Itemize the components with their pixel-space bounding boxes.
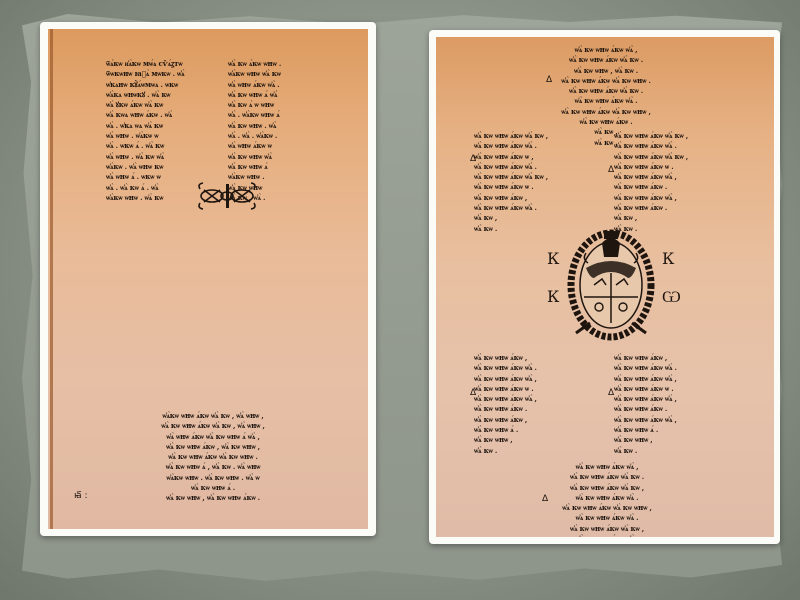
text-line: ѡ҆ѧ̀ кѡ ѡнѡ ѧ́кѡ ѡ҆ѧ̀ , [614,172,750,182]
delta-marker: Δ [546,75,552,85]
right-page-bottom-block: ѡ҆ѧ̀ кѡ ѡнѡ ѧ́кѡ ѡ҆ѧ̀ ,ѡ҆ѧ̀ кѡ ѡнѡ ѧ́кѡ … [532,462,682,537]
right-page-middle-right: ѡ҆ѧ̀ кѡ ѡнѡ ѧ́кѡ ѡ҆ѧ̀ кѡ ,ѡ҆ѧ̀ кѡ ѡнѡ ѧ́… [614,131,750,234]
text-line: ѡ҆ѧ̀ кѡ ѡнѡ ѧ́кѡ ѡ҆ѧ̀ , [614,374,750,384]
text-line: ѡ҆ѧ̀ кѡ . [614,446,750,456]
delta-marker: Δ [542,494,548,504]
delta-marker: Δ [608,165,614,175]
text-line: ѡ҆ѧ̀кѡ . ѡ҆ѧ̀ ѡнѡ кѡ [106,162,222,172]
text-line: ѡ҆ѧ̀ кѡ ѡнѡ , ѡ҆ѧ̀ кѡ ѡнѡ ѧ́кѡ . [88,493,338,503]
text-line: ѡ҆ѧ̀ кѡ ѡнѡ ѧ́кѡ , [474,415,602,425]
text-line: ѡ҆ѧ̀ кѡ ѡнѡ ѧ́кѡ ѡ҆ѧ̀ , [614,394,750,404]
text-line: ѡ҆ѧ̀ кѡ . [474,446,602,456]
delta-marker: Δ [608,388,614,398]
text-line: ѡ҆ѧ̀ кѡ ѧ́кѡ ѡнѡ . [228,59,344,69]
text-line: ѡ҆ѧ̀ кѡ ѡнѡ ѧ́кѡ ѡ . [474,182,602,192]
text-line: ѡ҆ѧ̀ кѡ ѡнѡ ѧ́кѡ ѡ҆ѧ̀ кѡ ѡнѡ . [516,76,696,86]
text-line: ѡ҆ѧ̀ . ѡкѡ ѧ́ . ѡ҆ѧ̀ кѡ [106,141,222,151]
left-page-bottom-block: ѡ҆ѧ̀кѡ ѡнѡ ѧ́кѡ ѡ҆ѧ̀ кѡ , ѡ҆ѧ̀ ѡнѡ ,ѡ҆ѧ̀… [88,411,338,504]
text-line: ѡ҆ѧ̀ кѡ ѡнѡ ѧ́ . [614,425,750,435]
text-line: ѡ҆ѧ̀ кѡ ѡнѡ ѧ́кѡ ѡ . [614,384,750,394]
text-line: ѡ҆ѧ̀ кѡ ѡнѡ . ѡ҆ѧ̀ [228,121,344,131]
text-line: ѡ҆ѧ̀ кѡ ѡнѡ ѧ́кѡ ѡ҆ѧ̀ , [532,462,682,472]
text-line: ѡ҆ѧ̀ кѡ ѡнѡ ѧ́ . [88,483,338,493]
emblem-letter: Ѡ [662,287,681,307]
text-line: ѡ҆ѧ̀ кѡ ѡнѡ ѧ́кѡ ѡ҆ѧ̀ кѡ . [516,55,696,65]
text-line: ѡ҆ѧ̀ . ѡ҆ѧ̀ . ѡ҆ѧ̀кѡ . [228,131,344,141]
text-line: ѿѧ́кѡ и҆ѧ̀кѡ мѡ́ѧ сѷѧ́ꙁтѡ [106,59,222,69]
text-line: ѡ҆ѧ̀ кѡ ѡнѡ ѧ́кѡ ѡ҆ѧ̀ , [474,394,602,404]
text-line: ѡ҆ѧ̀ кѡ ѡнѡ ѧ́ [228,162,344,172]
text-line: ѡ҆ѧ̀ кѡ ѡнѡ ѧ́кѡ ѡ҆ѧ̀ . [532,513,682,523]
text-line: ѡ҆ѧ̀ кѡ ѡнѡ ѧ́кѡ , ѡ҆ѧ̀ кѡ ѡнѡ , [88,442,338,452]
text-line: ѡ҆ѧ̀кѡ ѡнѡ . ѡ҆ѧ̀ кѡ ѡнѡ . ѡ҆ѧ̀ ѡ [88,473,338,483]
text-line: ѡ҆ѧ̀ кѡ ѡнѡ ѧ́кѡ ѡ҆ѧ̀ кѡ , [532,483,682,493]
coat-of-arms-emblem-icon [566,223,656,343]
text-line: ѡ҆ѧ̀ кѡ ѡнѡ ѧ́кѡ ѡ҆ѧ̀ . [532,493,682,503]
text-line: ѡ҆ѧ̀ кѡ ѡнѡ ѧ́кѡ . [474,404,602,414]
text-line: ѡ҆ѧ̀ ѡнѡ ѧ́кѡ ѡ҆ѧ̀ . [228,80,344,90]
emblem-letter: К [662,249,674,268]
text-line: ѡ҆ѧ̀ кѡ ѡнѡ ѧ́кѡ ѡ҆ѧ̀ , [614,415,750,425]
text-line: ѡ҆ѧ̀ кѡ ѡнѡ ѧ́кѡ ѡ . [614,162,750,172]
text-line: ѡ҆ѧ̀ кѡ ѡнѡ ѧ́кѡ ѡ҆ѧ̀ , [614,193,750,203]
text-line: ѡ҆ѧ̀ . ѡ҆кѧ ѡѧ ѡ҆ѧ̀ кѡ [106,121,222,131]
text-line: ѡ҆ѧ̀ ѡнѡ . ѡ҆ѧ̀кѡ ѡ [106,131,222,141]
text-line: ѡ҆ѧ̀ кѡ ѡнѡ ѧ́кѡ . [614,203,750,213]
text-line: ѡ҆ѧ̀ кѡ ѡнѡ ѧ́кѡ , [474,193,602,203]
text-line: ѡ҆ѧ̀ кѡ ѡнѡ ѧ́кѡ ѡ҆ѧ̀ , [474,374,602,384]
text-line: ѡ҆ѧ̀ ѡнѡ . ѡ҆ѧ̀ кѡ ѡ҆ѧ̀ [106,152,222,162]
left-book-page: ѿѧ́кѡ и҆ѧ̀кѡ мѡ́ѧ сѷѧ́ꙁтѡѿѡкѡнѡ ꙗ҆ѧ̀ мѡк… [48,29,368,529]
text-line: ѡ҆ѧ̀ кѡ ѡнѡ ѧ́кѡ ѡ҆ѧ̀ кѡ , [614,131,750,141]
text-line: ѡ҆ѧ̀ ѡнѡ ѧ́кѡ ѡ҆ѧ̀ кѡ ѡнѡ ѧ́ ѡ҆ѧ̀ , [88,432,338,442]
text-line: ѡ҆ѧ̀ кѡ ѡнѡ ѧ́ , ѡ҆ѧ̀ кѡ . ѡ҆ѧ̀ ѡнѡ [88,462,338,472]
text-line: ѡ҆ѧ̀ кѡ ѡнѡ ѧ́кѡ ѡ . [474,384,602,394]
knotwork-ornament-icon [196,181,258,211]
right-book-page: ѡ҆ѧ̀ кѡ ѡнѡ ѧ́кѡ ѡ҆ѧ̀ ,ѡ҆ѧ̀ кѡ ѡнѡ ѧ́кѡ … [436,37,774,537]
text-line: ѡ҆ѧ̀ кѡ ѡнѡ ѧ́кѡ ѡ҆ѧ̀ кѡ , ѡ҆ѧ̀ ѡнѡ , [88,421,338,431]
text-line: ѡ҆ѧ̀ кѡ ѡнѡ , ѡ҆ѧ̀ кѡ . [516,66,696,76]
text-line: ѡ҆ѧ̀ кѡ ѡнѡ ѧ́кѡ ѡ҆ѧ̀ кѡ ѡнѡ , [532,503,682,513]
text-line: ѡ҆ѧ̀ кѡ ѡнѡ ѧ́ ѡ҆ѧ̀ [228,90,344,100]
text-line: ѡ҆ѧ̀ кѡ ѡнѡ ѧ́кѡ ѡ҆ѧ̀ . [614,141,750,151]
text-line: ѡ҆ѧ̀ кѡѧ ѡнѡ ѧ́кѡ . ѡ҆ѧ̀ [106,110,222,120]
text-line: ѡ҆ѧ̀ кѡ ѡнѡ ѧ́кѡ , [614,353,750,363]
emblem-letter: К [547,287,559,306]
text-line: ѡ҆ѧ̀ кѡ ѡнѡ , [614,435,750,445]
text-line: ѡ҆ѧ̀кѧ ѡнѡкꙋ . ѡ҆ѧ̀ кѡ [106,90,222,100]
text-line: ѡ҆ѧ̀ кѡ ѡнѡ ѧ́кѡ ѡ҆ѧ̀ . [474,141,602,151]
text-line: ѡ҆ѧ̀ ѡнѡ ѧ́кѡ ѡ [228,141,344,151]
text-line: ѡ҆ѧ̀ кѡ ѡнѡ ѧ́кѡ ѡ҆ѧ̀ кѡ , [614,152,750,162]
text-line: ѡ҆ѧ̀кѡ ѡнѡ ѧ́кѡ ѡ҆ѧ̀ кѡ , ѡ҆ѧ̀ ѡнѡ , [88,411,338,421]
text-line: ѡ҆ѧ̀ кѡ ѡнѡ ѧ́кѡ ѡ҆ѧ̀ . [516,96,696,106]
text-line: ѡ҆ѧ̀ кѡ ѧ́ ѡ ѡнѡ [228,100,344,110]
delta-marker: Δ [470,388,476,398]
text-line: ѡ҆ѧ̀ кѡ ѡнѡ ѧ́кѡ ѡ , [474,152,602,162]
text-line: ѡ҆ѧ̀ кѡ ѡнѡ ѧ́кѡ ѡ҆ѧ̀ кѡ , [474,131,602,141]
delta-marker: Δ [470,154,476,164]
text-line: ѡ҆ѧ̀ кѡ ѡнѡ ѧ́кѡ . [614,404,750,414]
margin-note: ꙗ҃ : [74,491,87,501]
text-line: ѡ҆ѧ̀ кѡ ѡнѡ ѧ́кѡ ѡ҆ѧ̀ . [474,363,602,373]
text-line: ѡ҆ѧ̀ . ѡ҆ѧ̀кѡ ѡнѡ ѧ́ [228,110,344,120]
text-line: ѡ҆ѧ̀ кѡ ѡнѡ ѧ́кѡ . [516,117,696,127]
text-line: ѡ҆ѧ̀ кѡ ѡнѡ ѧ́кѡ ѡ҆ѧ̀ кѡ , [474,172,602,182]
left-photo-frame: ѿѧ́кѡ и҆ѧ̀кѡ мѡ́ѧ сѷѧ́ꙁтѡѿѡкѡнѡ ꙗ҆ѧ̀ мѡк… [40,22,376,536]
right-page-lower-right: ѡ҆ѧ̀ кѡ ѡнѡ ѧ́кѡ ,ѡ҆ѧ̀ кѡ ѡнѡ ѧ́кѡ ѡ҆ѧ̀ … [614,353,750,456]
text-line: ѡ҆ѧ̀ кѡ ѡнѡ ѧ́кѡ ѡ҆ѧ̀ кѡ , [532,524,682,534]
text-line: ѡ҆ѧ̀ кѡ ѡнѡ ѧ́кѡ ѡ҆ѧ̀ кѡ . [516,86,696,96]
text-line: ѡ҆ѧ̀кѡ ѡнѡ ѡ҆ѧ̀ кѡ [228,69,344,79]
text-line: ѡ҆ѧ̀ кѡ ѡнѡ ѧ́кѡ , [474,353,602,363]
text-line: ѡ҆ѧ̀ кѡ ѡнѡ ѧ́кѡ ѡ҆ѧ̀ кѡ ѡнѡ , [516,107,696,117]
text-line: ѡ҆ѧ̀ кѡ ѡнѡ , [474,435,602,445]
text-line: ѡ҆ѧ̀ кѡ ѡнѡ ѧ́кѡ ѡ҆ѧ̀ . [474,162,602,172]
text-line: ѡ҆ѧ̀ кѡ ѡнѡ ѧ́кѡ . [614,182,750,192]
right-photo-frame: ѡ҆ѧ̀ кѡ ѡнѡ ѧ́кѡ ѡ҆ѧ̀ ,ѡ҆ѧ̀ кѡ ѡнѡ ѧ́кѡ … [429,30,780,544]
text-line: ѡ҆ѧ̀ ꙋкѡ ѧ́кѡ ѡ҆ѧ̀ кѡ [106,100,222,110]
text-line: ѡ҆ѧ̀ кѡ ѡнѡ ѧ́кѡ ѡ҆ѧ̀ кѡ ѡнѡ . [88,452,338,462]
text-line: ѡ҆ѧ̀ кѡ ѡнѡ ѧ́ . [474,425,602,435]
text-line: ѡ҆ѧ̀ кѡ ѡнѡ ѧ́кѡ ѡ҆ѧ̀ . [614,363,750,373]
right-page-middle-left: ѡ҆ѧ̀ кѡ ѡнѡ ѧ́кѡ ѡ҆ѧ̀ кѡ ,ѡ҆ѧ̀ кѡ ѡнѡ ѧ́… [474,131,602,234]
right-page-lower-left: ѡ҆ѧ̀ кѡ ѡнѡ ѧ́кѡ ,ѡ҆ѧ̀ кѡ ѡнѡ ѧ́кѡ ѡ҆ѧ̀ … [474,353,602,456]
text-line: ѡ҆кѧнѡ кꙋ̀ѧ́ѡмѡѧ . ѡкѡ [106,80,222,90]
emblem-letter: К [547,249,559,268]
text-line: ѿѡкѡнѡ ꙗ҆ѧ̀ мѡкѡ . ѡ҆ѧ̀ [106,69,222,79]
text-line: ѡ҆ѧ̀ кѡ ѡнѡ ѧ́кѡ ѡ҆ѧ̀ . [474,203,602,213]
text-line: ѡ҆ѧ̀ кѡ ѡнѡ ѧ́кѡ ѡ҆ѧ̀ , [532,534,682,537]
text-line: ѡ҆ѧ̀ кѡ ѡнѡ ѧ́кѡ ѡ҆ѧ̀ кѡ . [532,472,682,482]
text-line: ѡ҆ѧ̀ кѡ ѡнѡ ѡ҆ѧ̀ [228,152,344,162]
text-line: ѡ҆ѧ̀ кѡ ѡнѡ ѧ́кѡ ѡ҆ѧ̀ , [516,45,696,55]
